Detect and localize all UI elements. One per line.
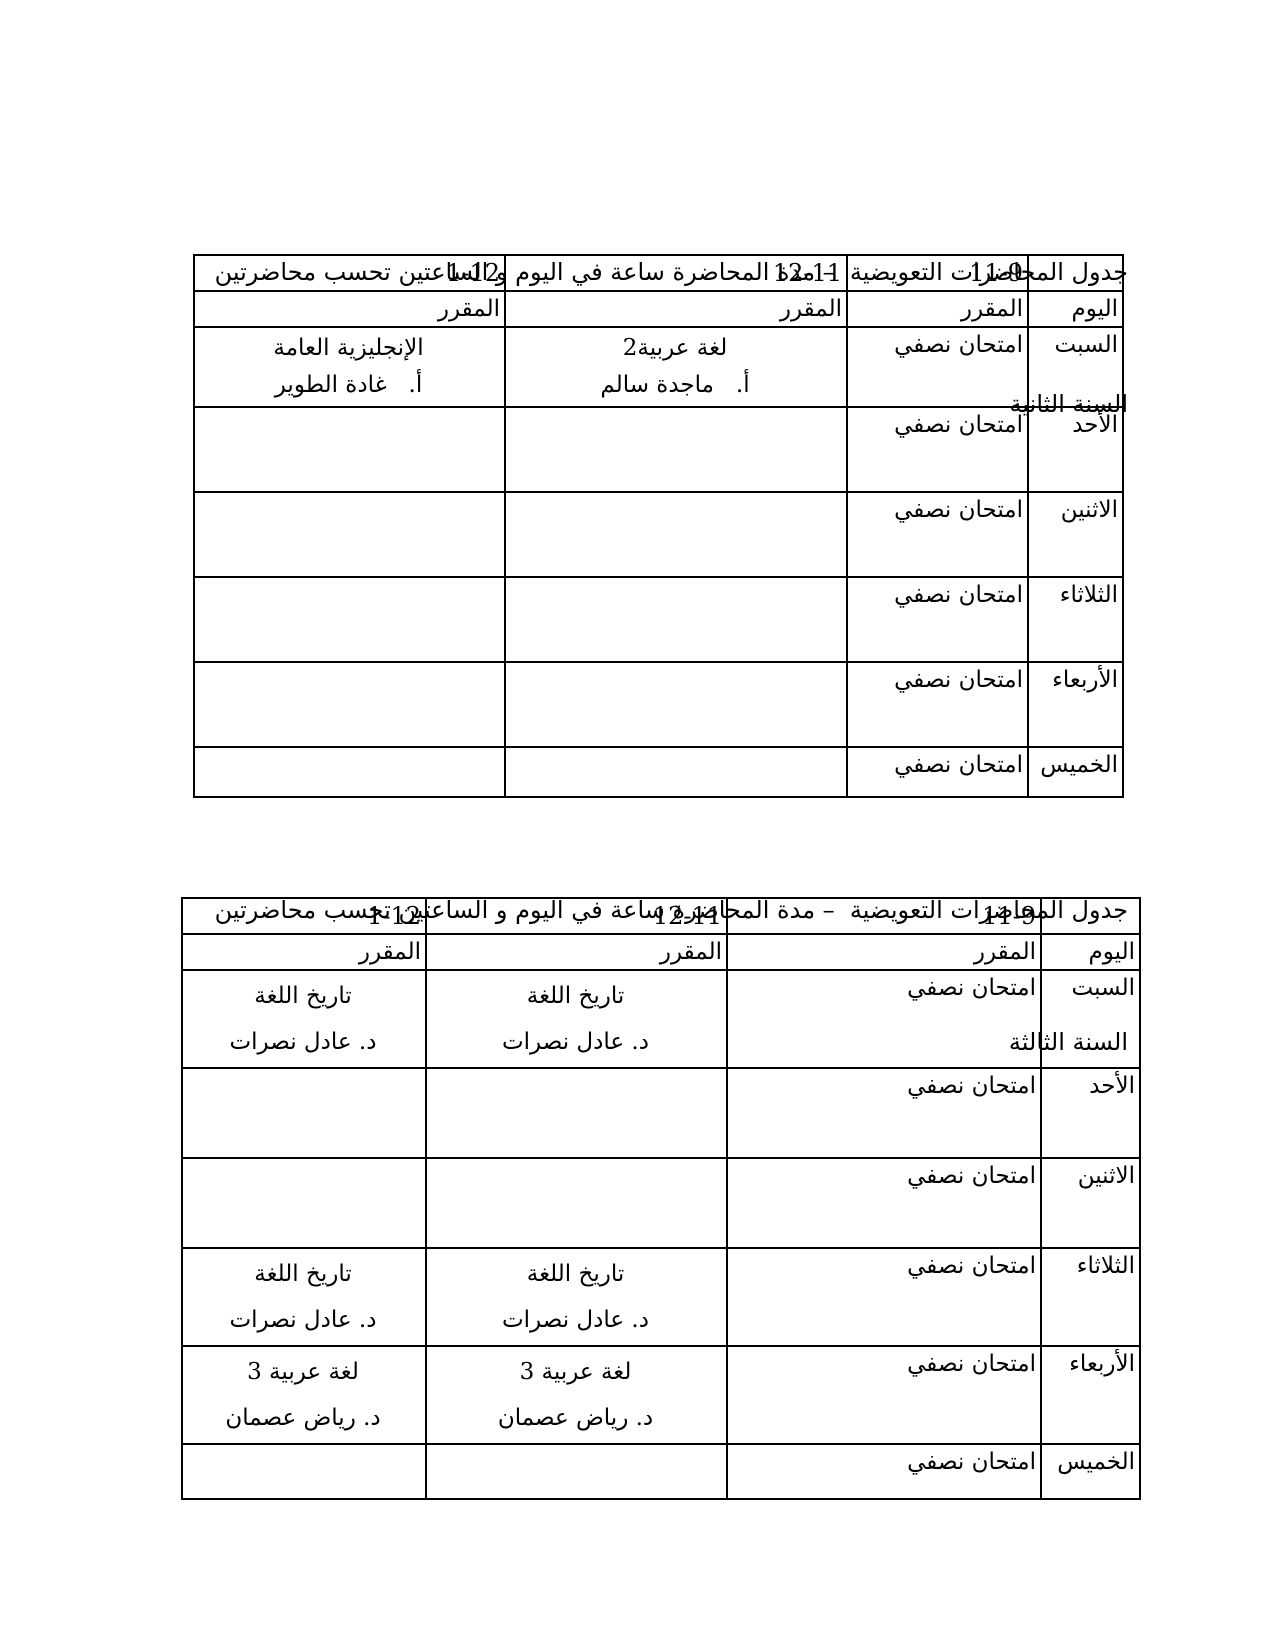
course-cell: تاريخ اللغةد. عادل نصرات bbox=[426, 1248, 727, 1346]
empty-slot-cell bbox=[505, 747, 847, 797]
course-text-line: د. عادل نصرات bbox=[185, 1297, 421, 1343]
course-cell: لغة عربية2أ. ماجدة سالم bbox=[505, 327, 847, 407]
hour-header-cell: 12-11 bbox=[426, 898, 727, 934]
schedule-table-year2: 11-912-111-12اليومالمقررالمقررالمقررالسب… bbox=[193, 254, 1124, 798]
course-header-cell: المقرر bbox=[182, 934, 426, 970]
course-text-line: تاريخ اللغة bbox=[429, 1251, 722, 1297]
exam-cell: امتحان نصفي bbox=[727, 1248, 1041, 1346]
exam-cell: امتحان نصفي bbox=[847, 577, 1028, 662]
hour-header-cell: 1-12 bbox=[194, 255, 505, 291]
course-text-line: أ. ماجدة سالم bbox=[508, 367, 842, 404]
course-cell: الإنجليزية العامةأ. غادة الطوير bbox=[194, 327, 505, 407]
empty-slot-cell bbox=[505, 577, 847, 662]
table-row: الثلاثاءامتحان نصفيتاريخ اللغةد. عادل نص… bbox=[182, 1248, 1140, 1346]
exam-cell: امتحان نصفي bbox=[847, 747, 1028, 797]
course-cell: تاريخ اللغةد. عادل نصرات bbox=[426, 970, 727, 1068]
empty-slot-cell bbox=[182, 1158, 426, 1248]
day-cell: الأحد bbox=[1041, 1068, 1140, 1158]
course-text-line: لغة عربية2 bbox=[508, 330, 842, 367]
exam-cell: امتحان نصفي bbox=[727, 1346, 1041, 1444]
day-header-cell: اليوم bbox=[1028, 291, 1123, 327]
empty-slot-cell bbox=[194, 407, 505, 492]
empty-slot-cell bbox=[505, 662, 847, 747]
course-header-cell: المقرر bbox=[194, 291, 505, 327]
table-row: الخميسامتحان نصفي bbox=[194, 747, 1123, 797]
empty-slot-cell bbox=[505, 407, 847, 492]
exam-cell: امتحان نصفي bbox=[847, 327, 1028, 407]
day-cell: السبت bbox=[1028, 327, 1123, 407]
course-text-line: د. عادل نصرات bbox=[185, 1019, 421, 1065]
course-text-line: د. رياض عصمان bbox=[185, 1395, 421, 1441]
day-header-cell: اليوم bbox=[1041, 934, 1140, 970]
hour-header-cell: 11-9 bbox=[727, 898, 1041, 934]
exam-cell: امتحان نصفي bbox=[847, 662, 1028, 747]
table-row: الأحدامتحان نصفي bbox=[194, 407, 1123, 492]
exam-cell: امتحان نصفي bbox=[727, 1444, 1041, 1499]
course-text-line: الإنجليزية العامة bbox=[197, 330, 500, 367]
day-cell: الثلاثاء bbox=[1041, 1248, 1140, 1346]
course-text-line: د. عادل نصرات bbox=[429, 1019, 722, 1065]
hour-header-cell: 11-9 bbox=[847, 255, 1028, 291]
hour-header-cell: 12-11 bbox=[505, 255, 847, 291]
table-row: السبتامتحان نصفيتاريخ اللغةد. عادل نصرات… bbox=[182, 970, 1140, 1068]
empty-corner-cell bbox=[1041, 898, 1140, 934]
document-page: جدول المحاضرات التعويضية – مدة المحاضرة … bbox=[0, 0, 1275, 1650]
empty-slot-cell bbox=[194, 492, 505, 577]
empty-slot-cell bbox=[182, 1444, 426, 1499]
course-text-line: أ. غادة الطوير bbox=[197, 367, 500, 404]
empty-slot-cell bbox=[426, 1068, 727, 1158]
exam-cell: امتحان نصفي bbox=[847, 492, 1028, 577]
table-row: الخميسامتحان نصفي bbox=[182, 1444, 1140, 1499]
hours-header-row: 11-912-111-12 bbox=[194, 255, 1123, 291]
table-row: الاثنينامتحان نصفي bbox=[182, 1158, 1140, 1248]
course-text-line: تاريخ اللغة bbox=[429, 973, 722, 1019]
day-cell: الخميس bbox=[1041, 1444, 1140, 1499]
course-text-line: لغة عربية 3 bbox=[429, 1349, 722, 1395]
course-header-cell: المقرر bbox=[505, 291, 847, 327]
table-row: الأحدامتحان نصفي bbox=[182, 1068, 1140, 1158]
exam-cell: امتحان نصفي bbox=[847, 407, 1028, 492]
day-cell: الثلاثاء bbox=[1028, 577, 1123, 662]
course-header-cell: المقرر bbox=[727, 934, 1041, 970]
course-cell: تاريخ اللغةد. عادل نصرات bbox=[182, 1248, 426, 1346]
table-row: الثلاثاءامتحان نصفي bbox=[194, 577, 1123, 662]
day-cell: الخميس bbox=[1028, 747, 1123, 797]
empty-slot-cell bbox=[182, 1068, 426, 1158]
exam-cell: امتحان نصفي bbox=[727, 970, 1041, 1068]
course-header-row: اليومالمقررالمقررالمقرر bbox=[182, 934, 1140, 970]
hour-header-cell: 1-12 bbox=[182, 898, 426, 934]
course-cell: تاريخ اللغةد. عادل نصرات bbox=[182, 970, 426, 1068]
empty-slot-cell bbox=[426, 1158, 727, 1248]
day-cell: الأربعاء bbox=[1028, 662, 1123, 747]
day-cell: الاثنين bbox=[1041, 1158, 1140, 1248]
empty-slot-cell bbox=[194, 662, 505, 747]
empty-corner-cell bbox=[1028, 255, 1123, 291]
course-text-line: لغة عربية 3 bbox=[185, 1349, 421, 1395]
course-header-cell: المقرر bbox=[847, 291, 1028, 327]
day-cell: السبت bbox=[1041, 970, 1140, 1068]
course-text-line: تاريخ اللغة bbox=[185, 973, 421, 1019]
exam-cell: امتحان نصفي bbox=[727, 1068, 1041, 1158]
table-row: الأربعاءامتحان نصفيلغة عربية 3د. رياض عص… bbox=[182, 1346, 1140, 1444]
table-row: الاثنينامتحان نصفي bbox=[194, 492, 1123, 577]
day-cell: الأربعاء bbox=[1041, 1346, 1140, 1444]
hours-header-row: 11-912-111-12 bbox=[182, 898, 1140, 934]
day-cell: الأحد bbox=[1028, 407, 1123, 492]
empty-slot-cell bbox=[505, 492, 847, 577]
course-text-line: تاريخ اللغة bbox=[185, 1251, 421, 1297]
course-text-line: د. رياض عصمان bbox=[429, 1395, 722, 1441]
table-row: الأربعاءامتحان نصفي bbox=[194, 662, 1123, 747]
course-text-line: د. عادل نصرات bbox=[429, 1297, 722, 1343]
course-cell: لغة عربية 3د. رياض عصمان bbox=[426, 1346, 727, 1444]
empty-slot-cell bbox=[194, 747, 505, 797]
course-header-row: اليومالمقررالمقررالمقرر bbox=[194, 291, 1123, 327]
table-row: السبتامتحان نصفيلغة عربية2أ. ماجدة سالما… bbox=[194, 327, 1123, 407]
schedule-table-year3: 11-912-111-12اليومالمقررالمقررالمقررالسب… bbox=[181, 897, 1141, 1500]
exam-cell: امتحان نصفي bbox=[727, 1158, 1041, 1248]
empty-slot-cell bbox=[194, 577, 505, 662]
empty-slot-cell bbox=[426, 1444, 727, 1499]
day-cell: الاثنين bbox=[1028, 492, 1123, 577]
course-header-cell: المقرر bbox=[426, 934, 727, 970]
course-cell: لغة عربية 3د. رياض عصمان bbox=[182, 1346, 426, 1444]
